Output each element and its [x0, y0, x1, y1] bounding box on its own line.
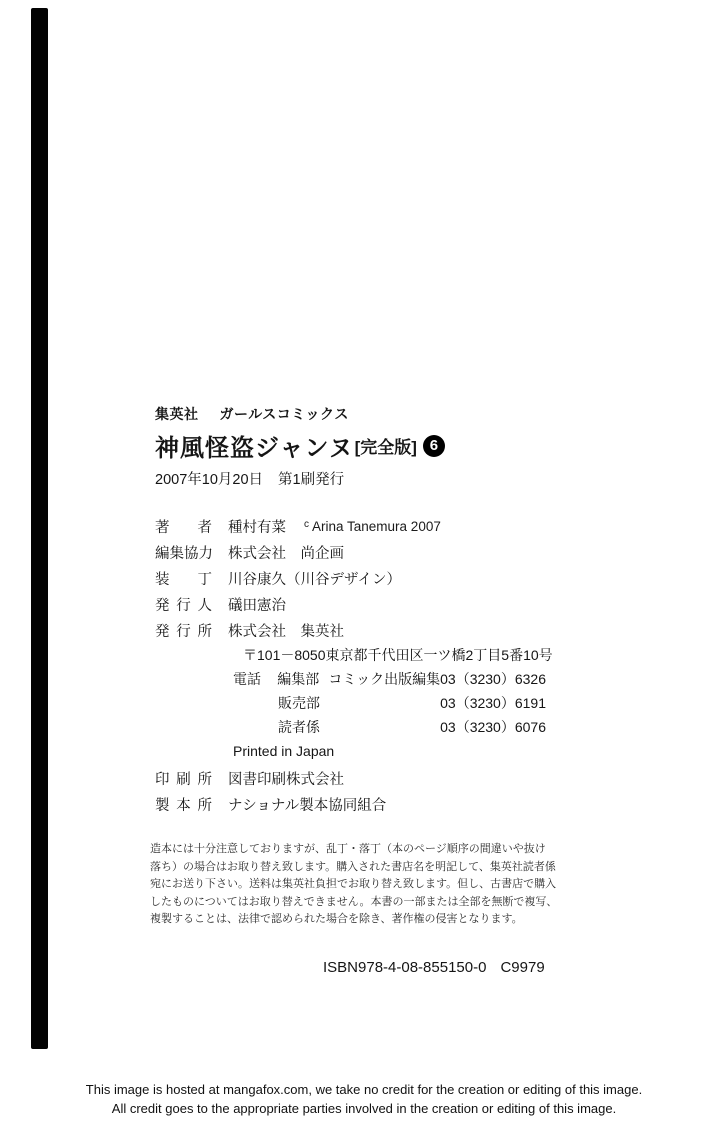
hosting-disclaimer: This image is hosted at mangafox.com, we… [0, 1081, 728, 1118]
credit-value: 礒田憲治 [228, 594, 286, 615]
production-label: 製本所 [155, 794, 212, 815]
copyright-text: Arina Tanemura 2007 [312, 519, 441, 534]
production-row-binder: 製本所 ナショナル製本協同組合 [155, 791, 575, 817]
notice-line: したものについてはお取り替えできません。本書の一部または全部を無断で複写、 [150, 894, 558, 912]
phone-dept: 販売部 [278, 693, 330, 713]
credit-row-issuer: 発行人 礒田憲治 [155, 591, 575, 617]
title-text: 神風怪盗ジャンヌ [155, 428, 354, 463]
credit-label: 発行所 [155, 620, 212, 641]
copyright-notice: cArina Tanemura 2007 [304, 519, 441, 534]
scan-edge-bar [31, 8, 48, 1049]
scanned-colophon-page: 集英社ガールスコミックス 神風怪盗ジャンヌ [完全版] 6 2007年10月20… [0, 0, 728, 1128]
replacement-notice: 造本には十分注意しておりますが、乱丁・落丁（本のページ順序の間違いや抜け 落ち）… [150, 841, 558, 929]
phone-row-sales: 販売部 03（3230）6191 [233, 691, 546, 715]
publisher-contact: 〒101－8050東京都千代田区一ツ橋2丁目5番10号 電話 編集部 コミック出… [233, 643, 546, 763]
book-title: 神風怪盗ジャンヌ [完全版] 6 [155, 430, 575, 461]
printing-info: 第1刷発行 [278, 472, 344, 488]
credit-row-design: 装丁 川谷康久（川谷デザイン） [155, 565, 575, 591]
credit-value: 川谷康久（川谷デザイン） [228, 568, 401, 589]
notice-line: 落ち）の場合はお取り替え致します。購入された書店名を明記して、集英社読者係 [150, 859, 558, 877]
credit-value: 種村有菜 [228, 516, 286, 537]
volume-badge: 6 [423, 435, 445, 457]
phone-number: 03（3230）6191 [440, 693, 546, 713]
credit-label: 編集協力 [155, 542, 212, 563]
imprint-line: 集英社ガールスコミックス [155, 404, 575, 423]
phone-row-readers: 読者係 03（3230）6076 [233, 715, 546, 739]
print-date: 2007年10月20日 [155, 472, 263, 488]
production-row-printer: 印刷所 図書印刷株式会社 [155, 765, 575, 791]
phone-number: 03（3230）6076 [440, 717, 546, 737]
notice-line: 宛にお送り下さい。送料は集英社負担でお取り替え致します。但し、古書店で購入 [150, 876, 558, 894]
price-code: C9979 [500, 959, 544, 976]
phone-desc: コミック出版編集 [328, 669, 440, 689]
phone-label: 電話 [233, 669, 277, 689]
imprint-label: ガールスコミックス [220, 406, 349, 422]
isbn-line: ISBN978-4-08-855150-0C9979 [323, 959, 575, 976]
phone-dept: 編集部 [277, 669, 328, 689]
phone-number: 03（3230）6326 [440, 669, 546, 689]
credit-row-publisher: 発行所 株式会社 集英社 [155, 617, 575, 643]
colophon-content: 集英社ガールスコミックス 神風怪盗ジャンヌ [完全版] 6 2007年10月20… [155, 404, 575, 976]
production-section: 印刷所 図書印刷株式会社 製本所 ナショナル製本協同組合 [155, 765, 575, 817]
phone-dept: 読者係 [278, 717, 330, 737]
credit-row-author: 著者 種村有菜 cArina Tanemura 2007 [155, 513, 575, 539]
postal-address: 〒101－8050東京都千代田区一ツ橋2丁目5番10号 [243, 643, 546, 667]
printed-in-japan: Printed in Japan [233, 739, 546, 763]
publisher-name: 集英社 [155, 406, 199, 422]
disclaimer-line-1: This image is hosted at mangafox.com, we… [0, 1081, 728, 1100]
credit-label: 著者 [155, 516, 212, 537]
credit-label: 発行人 [155, 594, 212, 615]
disclaimer-line-2: All credit goes to the appropriate parti… [0, 1100, 728, 1119]
edition-label: [完全版] [355, 433, 417, 458]
notice-line: 複製することは、法律で認められた場合を除き、著作権の侵害となります。 [150, 911, 558, 929]
copyright-symbol: c [304, 519, 309, 530]
production-label: 印刷所 [155, 768, 212, 789]
credit-label: 装丁 [155, 568, 212, 589]
credit-value: 株式会社 尚企画 [228, 542, 344, 563]
phone-row-editorial: 電話 編集部 コミック出版編集 03（3230）6326 [233, 667, 546, 691]
isbn-number: ISBN978-4-08-855150-0 [323, 959, 486, 976]
notice-line: 造本には十分注意しておりますが、乱丁・落丁（本のページ順序の間違いや抜け [150, 841, 558, 859]
production-value: 図書印刷株式会社 [228, 768, 344, 789]
credits-section: 著者 種村有菜 cArina Tanemura 2007 編集協力 株式会社 尚… [155, 513, 575, 643]
print-date-line: 2007年10月20日第1刷発行 [155, 468, 575, 487]
credit-row-editing: 編集協力 株式会社 尚企画 [155, 539, 575, 565]
credit-value: 株式会社 集英社 [228, 620, 344, 641]
production-value: ナショナル製本協同組合 [228, 794, 386, 815]
